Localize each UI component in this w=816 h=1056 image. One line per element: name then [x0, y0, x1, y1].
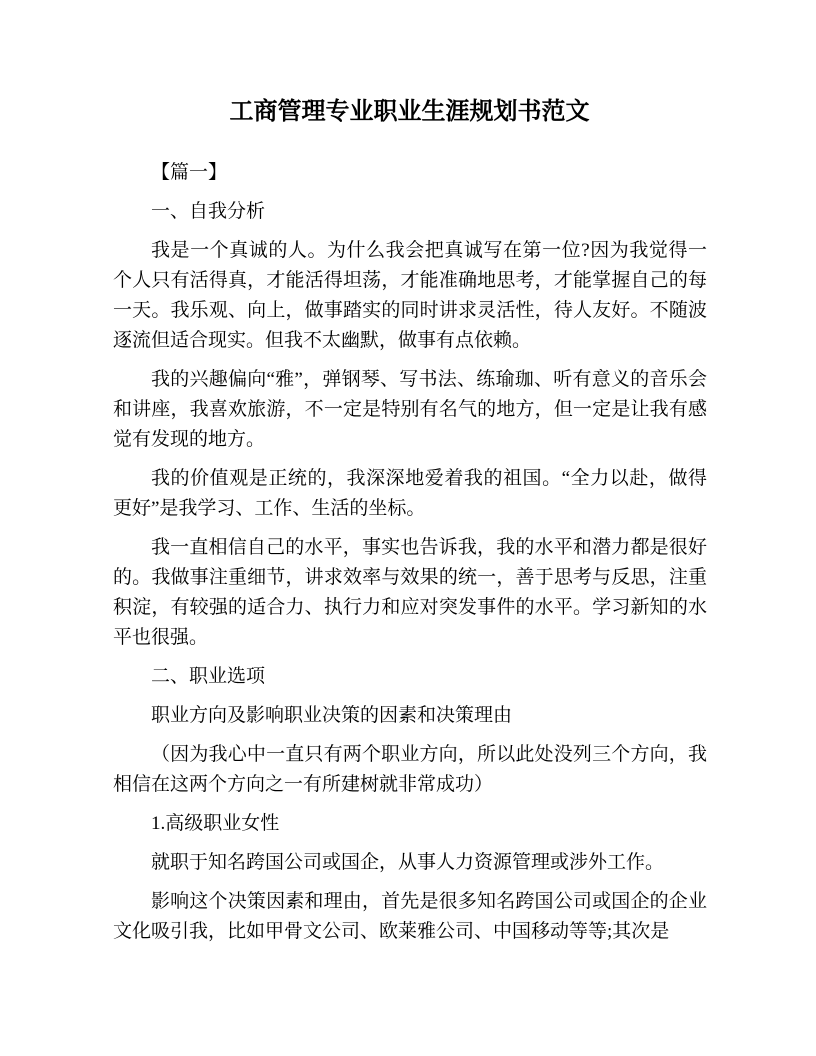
paragraph: 我是一个真诚的人。为什么我会把真诚写在第一位?因为我觉得一个人只有活得真，才能活…	[113, 236, 707, 356]
paragraph: 二、职业选项	[113, 662, 707, 692]
document-title: 工商管理专业职业生涯规划书范文	[113, 92, 706, 132]
paragraph: 我的兴趣偏向“雅”，弹钢琴、写书法、练瑜珈、听有意义的音乐会和讲座，我喜欢旅游，…	[113, 365, 707, 455]
paragraph: 就职于知名跨国公司或国企，从事人力资源管理或涉外工作。	[113, 848, 707, 878]
paragraph: 1.高级职业女性	[113, 809, 707, 839]
paragraph: 【篇一】	[113, 158, 707, 188]
paragraph: 我的价值观是正统的，我深深地爱着我的祖国。“全力以赴，做得更好”是我学习、工作、…	[113, 464, 707, 524]
paragraph: 一、自我分析	[113, 197, 707, 227]
paragraph: 影响这个决策因素和理由，首先是很多知名跨国公司或国企的企业文化吸引我，比如甲骨文…	[113, 887, 707, 947]
paragraph: 我一直相信自己的水平，事实也告诉我，我的水平和潜力都是很好的。我做事注重细节，讲…	[113, 533, 707, 653]
paragraph: （因为我心中一直只有两个职业方向，所以此处没列三个方向，我相信在这两个方向之一有…	[113, 740, 707, 800]
document-page: 工商管理专业职业生涯规划书范文 【篇一】一、自我分析我是一个真诚的人。为什么我会…	[0, 0, 816, 1056]
paragraph: 职业方向及影响职业决策的因素和决策理由	[113, 701, 707, 731]
document-body: 【篇一】一、自我分析我是一个真诚的人。为什么我会把真诚写在第一位?因为我觉得一个…	[113, 158, 707, 947]
